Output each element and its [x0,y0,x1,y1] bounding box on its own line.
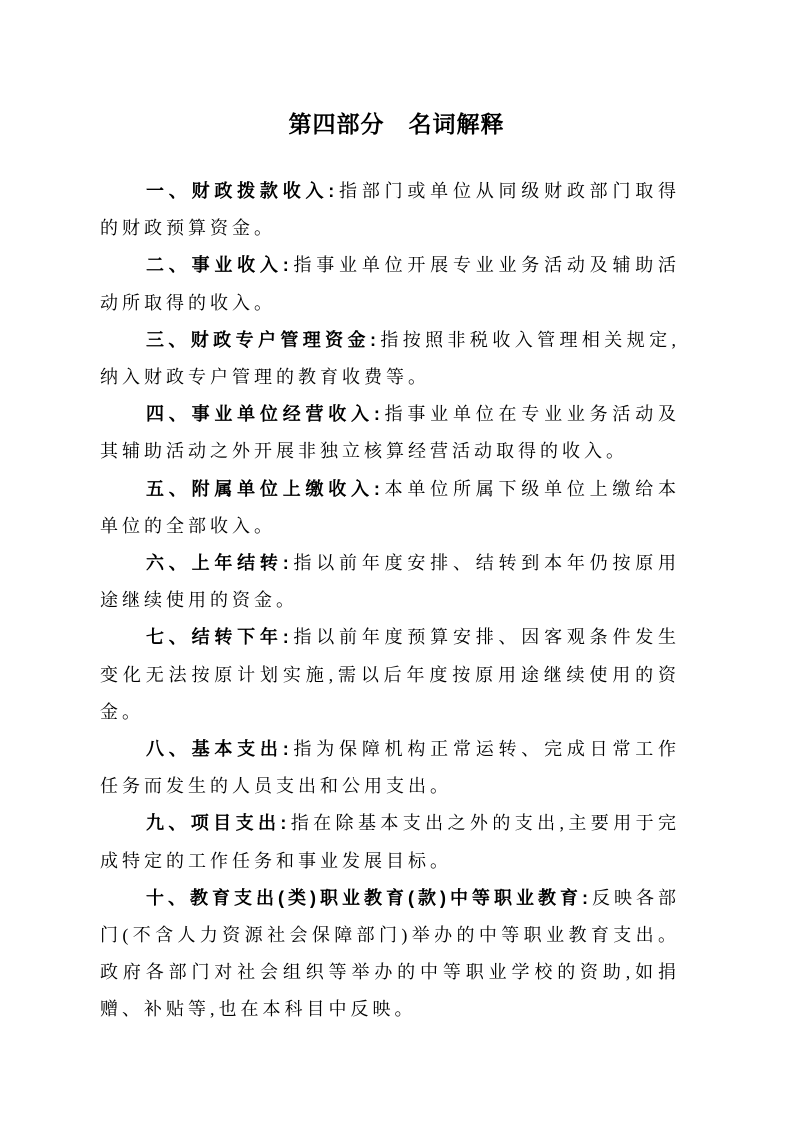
glossary-item: 九、项目支出:指在除基本支出之外的支出,主要用于完成特定的工作任务和事业发展目标… [100,805,680,879]
glossary-item: 二、事业收入:指事业单位开展专业业务活动及辅助活动所取得的收入。 [100,247,680,321]
glossary-item: 一、财政拨款收入:指部门或单位从同级财政部门取得的财政预算资金。 [100,173,680,247]
glossary-item: 四、事业单位经营收入:指事业单位在专业业务活动及其辅助活动之外开展非独立核算经营… [100,396,680,470]
glossary-term: 九、项目支出: [146,813,290,833]
glossary-term: 七、结转下年: [146,627,293,647]
glossary-item: 十、教育支出(类)职业教育(款)中等职业教育:反映各部门(不含人力资源社会保障部… [100,880,680,1029]
glossary-item: 六、上年结转:指以前年度安排、结转到本年仍按原用途继续使用的资金。 [100,545,680,619]
document-title: 第四部分 名词解释 [0,107,793,141]
glossary-term: 五、附属单位上缴收入: [146,479,384,499]
glossary-term: 三、财政专户管理资金: [146,330,380,350]
glossary-item: 三、财政专户管理资金:指按照非税收入管理相关规定,纳入财政专户管理的教育收费等。 [100,322,680,396]
glossary-item: 八、基本支出:指为保障机构正常运转、完成日常工作任务而发生的人员支出和公用支出。 [100,731,680,805]
glossary-term: 四、事业单位经营收入: [146,404,384,424]
glossary-term: 十、教育支出(类)职业教育(款)中等职业教育: [146,888,592,908]
glossary-item: 五、附属单位上缴收入:本单位所属下级单位上缴给本单位的全部收入。 [100,471,680,545]
document-page: 第四部分 名词解释 一、财政拨款收入:指部门或单位从同级财政部门取得的财政预算资… [0,0,793,1122]
glossary-item: 七、结转下年:指以前年度预算安排、因客观条件发生变化无法按原计划实施,需以后年度… [100,619,680,731]
glossary-term: 二、事业收入: [146,255,293,275]
glossary-term: 一、财政拨款收入: [146,181,338,201]
glossary-term: 八、基本支出: [146,739,293,759]
glossary-section: 一、财政拨款收入:指部门或单位从同级财政部门取得的财政预算资金。 二、事业收入:… [100,173,680,1029]
glossary-term: 六、上年结转: [146,553,293,573]
